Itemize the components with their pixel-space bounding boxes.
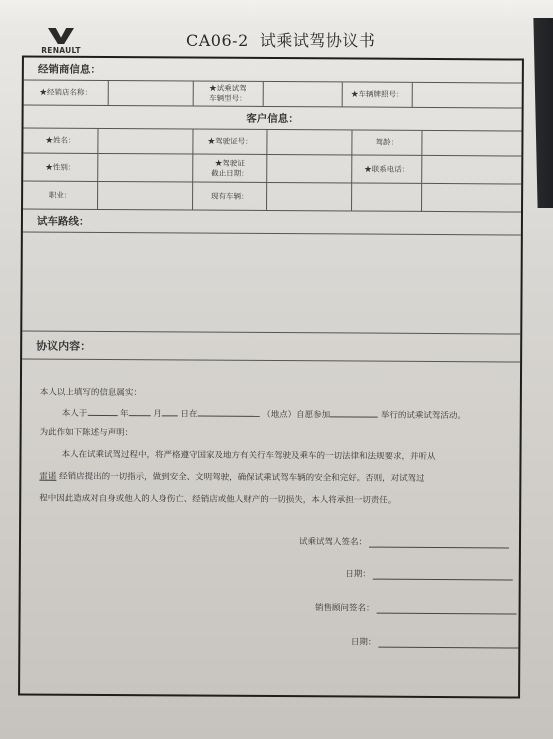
agreement-form: 经销商信息： ★经销店名称： ★试乘试驾 车辆型号： ★车辆牌照号： 客户信息：… [18,55,524,698]
plate-number-field[interactable] [412,83,522,108]
plate-number-label: ★车辆牌照号： [342,82,412,107]
declaration-para-3: 程中因此造成对自身或他人的人身伤亡、经销店或他人财产的一切损失，本人将承担一切责… [39,492,396,506]
name-field[interactable] [98,129,193,154]
renault-logo: RENAULT [36,28,86,55]
customer-section-heading: 客户信息： [24,105,522,131]
empty-label-cell [352,183,422,211]
form-title: 试乘试驾协议书 [260,31,376,50]
declaration-para-1: 本人在试乘试驾过程中，将严格遵守国家及地方有关行车驾驶及乘车的一切法律和法规要求… [61,448,435,462]
driver-signature-row: 试乘试驾人签名： [299,535,509,548]
organizer-blank[interactable] [330,407,378,417]
dealer-name-field[interactable] [108,81,193,106]
renault-diamond-icon [48,28,74,44]
route-field[interactable] [22,232,521,334]
dealer-name-label: ★经销店名称： [24,80,109,105]
advisor-signature-row: 销售顾问签名： [315,601,517,614]
advisor-date-field[interactable] [378,637,518,649]
driver-date-row: 日期： [345,567,513,580]
occupation-field[interactable] [98,181,193,210]
gender-field[interactable] [98,153,193,182]
current-vehicle-label: 现有车辆： [192,182,267,210]
form-code: CA06-2 [186,31,249,50]
agreement-section-heading: 协议内容： [22,331,520,362]
brand-name-cn: 雷诺 [39,472,56,482]
document-title: CA06-2 试乘试驾协议书 [186,28,375,51]
declaration-intro: 为此作如下陈述与声明： [40,426,134,439]
empty-field-cell[interactable] [421,183,521,212]
agreement-body: 本人以上填写的信息属实： 本人于 年 月 日在 （地点）自愿参加 举行的试乘试驾… [20,359,520,687]
phone-label: ★联系电话： [352,155,422,183]
vehicle-model-field[interactable] [263,82,343,107]
gender-label: ★性别： [23,153,98,181]
license-expiry-label: ★驾驶证 截止日期： [192,154,267,182]
driver-date-field[interactable] [373,569,513,581]
paper-top-edge [0,0,553,30]
vehicle-model-label: ★试乘试驾 车辆型号： [193,82,263,107]
brand-name: RENAULT [36,46,86,55]
occupation-label: 职业： [23,181,98,209]
declaration-para-2: 雷诺 经销店提出的一切指示，做到安全、文明驾驶，确保试乘试驾车辆的安全和完好。否… [39,470,424,484]
participation-line: 本人于 年 月 日在 （地点）自愿参加 举行的试乘试驾活动。 [62,406,466,421]
name-label: ★姓名： [23,128,98,153]
license-number-field[interactable] [267,130,352,155]
route-section-heading: 试车路线： [23,209,521,235]
dealer-info-table: ★经销店名称： ★试乘试驾 车辆型号： ★车辆牌照号： [24,80,522,108]
statement-intro: 本人以上填写的信息属实： [40,386,142,399]
phone-field[interactable] [422,155,522,184]
advisor-signature-field[interactable] [377,603,517,615]
license-expiry-field[interactable] [267,154,352,183]
dealer-section-heading: 经销商信息： [24,57,522,83]
location-blank[interactable] [197,407,259,417]
driving-years-field[interactable] [422,131,522,156]
driving-years-label: 驾龄： [352,130,422,155]
day-blank[interactable] [162,406,178,416]
advisor-date-row: 日期： [351,635,519,648]
driver-signature-field[interactable] [369,537,509,549]
month-blank[interactable] [128,406,150,416]
license-number-label: ★驾驶证号： [193,130,268,155]
customer-info-table: ★姓名： ★驾驶证号： 驾龄： ★性别： ★驾驶证 截止日期： ★联系电话： 职… [23,128,521,212]
current-vehicle-field[interactable] [267,182,352,211]
year-blank[interactable] [87,406,117,416]
